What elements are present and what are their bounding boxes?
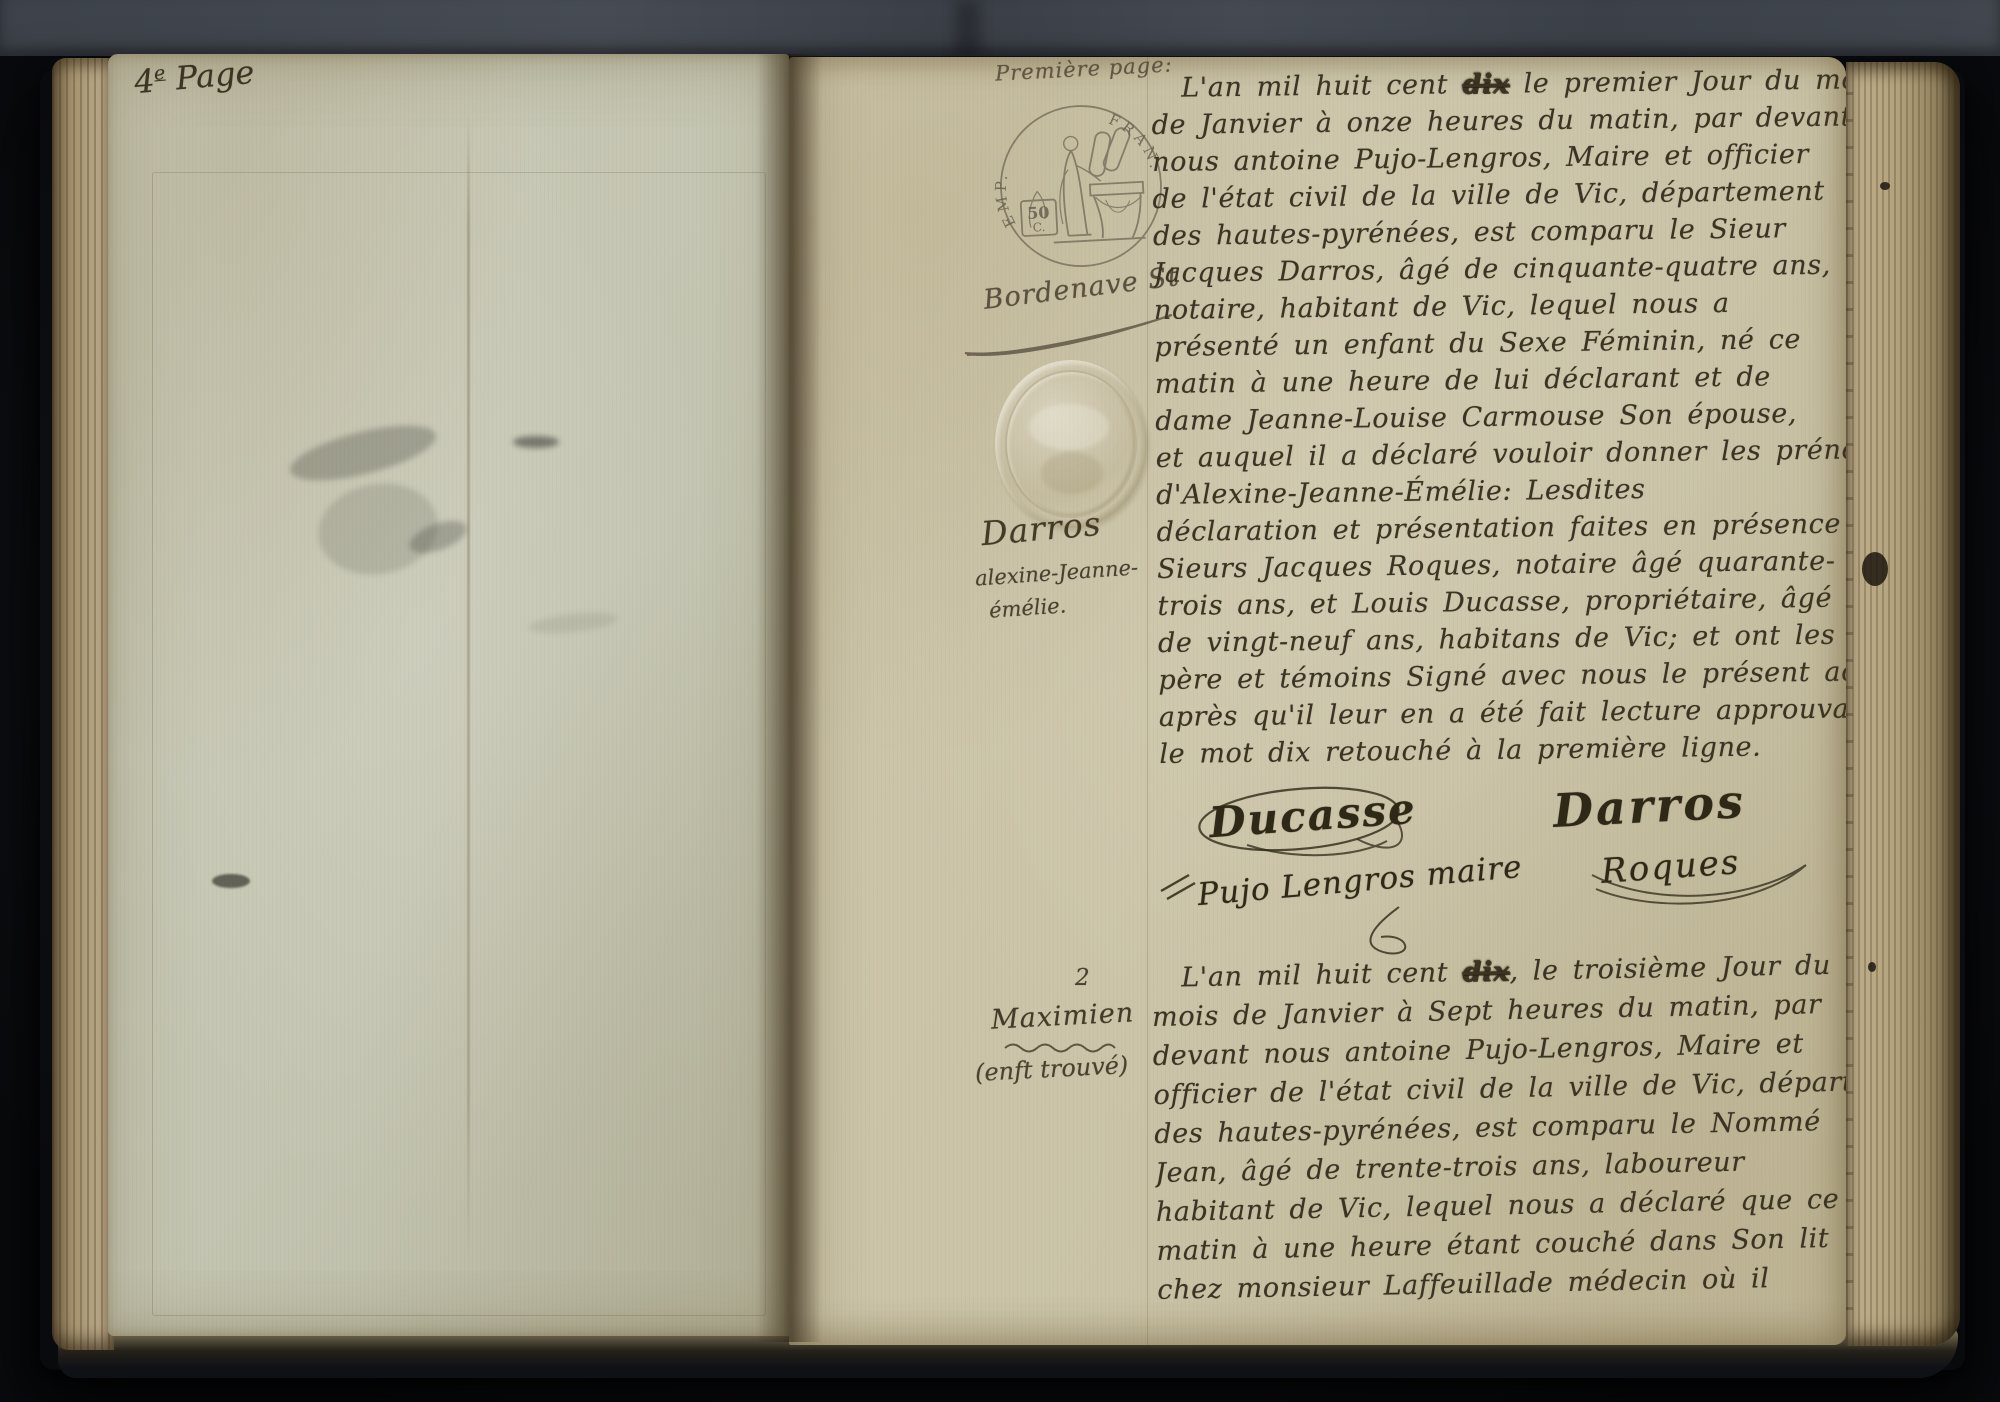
margin-act1-givenname-line1: alexine-Jeanne- xyxy=(974,555,1138,590)
act2-line1-post: , le troisième Jour du xyxy=(1509,950,1831,987)
fore-edge-speck xyxy=(1868,962,1876,972)
emboss-relief-shadow xyxy=(1041,452,1103,494)
fore-edge-speck xyxy=(1880,182,1890,190)
margin-act2-name: Maximien xyxy=(990,997,1135,1035)
act2-text-block: L'an mil huit cent dix, le troisième Jou… xyxy=(1151,946,1846,1310)
margin-act2-number: 2 xyxy=(1075,965,1090,991)
right-fore-edge-stack xyxy=(1846,62,1960,1346)
page-number-ordinal: e xyxy=(153,62,166,85)
backdrop-top-band xyxy=(0,0,2000,56)
stamp-graphic: EMP. FRAN. 50 C. xyxy=(988,92,1175,281)
dark-mark xyxy=(212,874,250,888)
margin-act1-givenname-line2: émélie. xyxy=(988,593,1067,622)
embossed-blind-seal xyxy=(995,360,1147,528)
margin-act2-foundling-note: (enft trouvé) xyxy=(974,1051,1129,1087)
act1-line1-post: le premier Jour du mois xyxy=(1509,64,1846,100)
scanned-register-photo: { "scene": { "description_colors": { "ba… xyxy=(0,0,2000,1402)
act1-line: le mot dix retouché à la première ligne. xyxy=(1159,727,1846,773)
clerk-signature-flourish xyxy=(957,309,1182,365)
empire-revenue-stamp: EMP. FRAN. 50 C. xyxy=(988,92,1175,281)
stamp-unit: C. xyxy=(1032,220,1045,235)
left-page: 4e Page xyxy=(108,54,789,1336)
backdrop-seam-shadow xyxy=(955,0,981,56)
act1-line1-pre: L'an mil huit cent xyxy=(1181,69,1462,103)
left-page-number-annotation: 4e Page xyxy=(133,53,256,101)
page-word: Page xyxy=(174,53,256,98)
impressed-frame-outline xyxy=(152,172,766,1316)
stamp-left-text: EMP. xyxy=(990,168,1020,231)
act1-text-block: L'an mil huit cent dix le premier Jour d… xyxy=(1151,61,1846,772)
act2-retouched-word: dix xyxy=(1462,956,1510,988)
left-page-edge-stack xyxy=(52,58,114,1350)
emboss-relief-highlight xyxy=(1029,404,1109,450)
mayor-signature-paraph xyxy=(1157,869,1201,903)
signature-ducasse: Ducasse xyxy=(1208,784,1419,847)
signature-pujo-lengros-maire: Pujo Lengros maire xyxy=(1196,849,1524,913)
fore-edge-ink-blot xyxy=(1862,552,1888,586)
margin-act1-surname: Darros xyxy=(980,504,1103,553)
ink-dash-mark xyxy=(513,436,559,448)
signature-darros: Darros xyxy=(1552,774,1747,838)
svg-text:EMP.: EMP. xyxy=(990,168,1020,231)
right-page: Première page: xyxy=(789,57,1846,1345)
act1-retouched-word: dix xyxy=(1462,69,1509,101)
signature-roques: Roques xyxy=(1600,842,1742,892)
fore-edge-ink-fragments xyxy=(1846,70,1853,1310)
vertical-fold-line xyxy=(467,116,470,1256)
act2-line1-pre: L'an mil huit cent xyxy=(1181,957,1463,993)
